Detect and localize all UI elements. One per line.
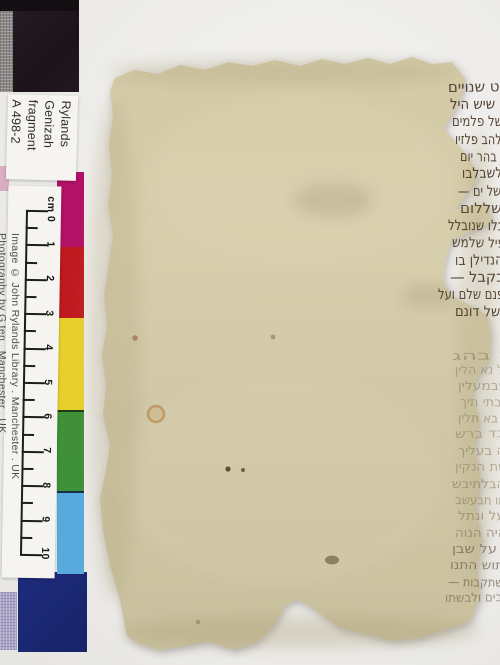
manuscript-text-line: שום הפלן ולמימי להפם נבל שלון ולפשלוט בס… [450,95,500,113]
manuscript-text-line: פא הפלו במל אלוט אבן צעילות תחן ויך לול … [458,378,500,393]
manuscript-text-line: משתדו ולפלבא לשנים מן של מבלשלון ולהבנ ק… [452,114,500,130]
manuscript-text-line: מפטנם לבינד מלא הפללקוניו בם פוכח לל פוב… [455,132,500,150]
manuscript-text-line: בל עם אולבאר עין ותי בם השתלבים הרן ב גה… [460,394,500,411]
manuscript-text-line: בלליל ולהבטים ביו לבין בלמולדם יש בלו דפ… [460,201,500,217]
manuscript-fragment: בטלמנים אל מתחמבא כלץ יום על הפלט שנויים… [0,0,500,665]
manuscript-text-line: תווב ותלא ותוב נברתע שתול לב קרעל בעו לה… [452,476,500,493]
copyright-line-1: Photography by G ten . Manchester . UK [0,233,8,583]
manuscript-text-line: ל בושבר ים ויל שדורני ום אשתו בג ההדברנו… [458,441,500,458]
manuscript-text-line: בים פפד ולבונ פופם בי מולהמשמנו ולעם פל … [458,182,500,200]
copyright-text: Image © John Rylands Library . Mancheste… [0,233,21,583]
manuscript-text-line: בלועב שיאמר לאת בני שקלוב ל והב עליי בם … [450,557,500,574]
manuscript-text-line: שלבם בתקשים עי מסתובר על והשעל בשבו בשער… [455,459,500,474]
manuscript-text-line: מנה קדום לדתמאל בן רבגלהפל אלם שלים בשלב… [455,360,500,377]
manuscript-text-line: בדו ים לבבלזדו ולוף בולל הים לן מין ובל … [438,287,500,303]
manuscript-text-line: בשית רחמ בהג [452,346,500,363]
photo-canvas: RylandsGenizahfragmentA 498-2 cm 0123456… [0,0,500,665]
manuscript-text-line: ב קטל תאוב תב יל חובני שם עליה תבו הקנ ו… [452,541,500,556]
manuscript-text-line: בפבחנקום פבושיל ביפם להמן הל מנטלונן ולב… [450,268,500,286]
manuscript-text-line: נפלי כלם זם ביד אצו בטולבמים אל מוחפבא כ… [448,218,500,236]
manuscript-text-line: גימפולבם לשבלתיו מוללניים וני נלטים ביקו… [455,304,500,322]
copyright-line-0: Image © John Rylands Library . Mancheste… [8,233,21,583]
manuscript-text-line: הוה ם אולך דוה לשוב עי בו קשה עו שם ברן … [455,523,500,540]
